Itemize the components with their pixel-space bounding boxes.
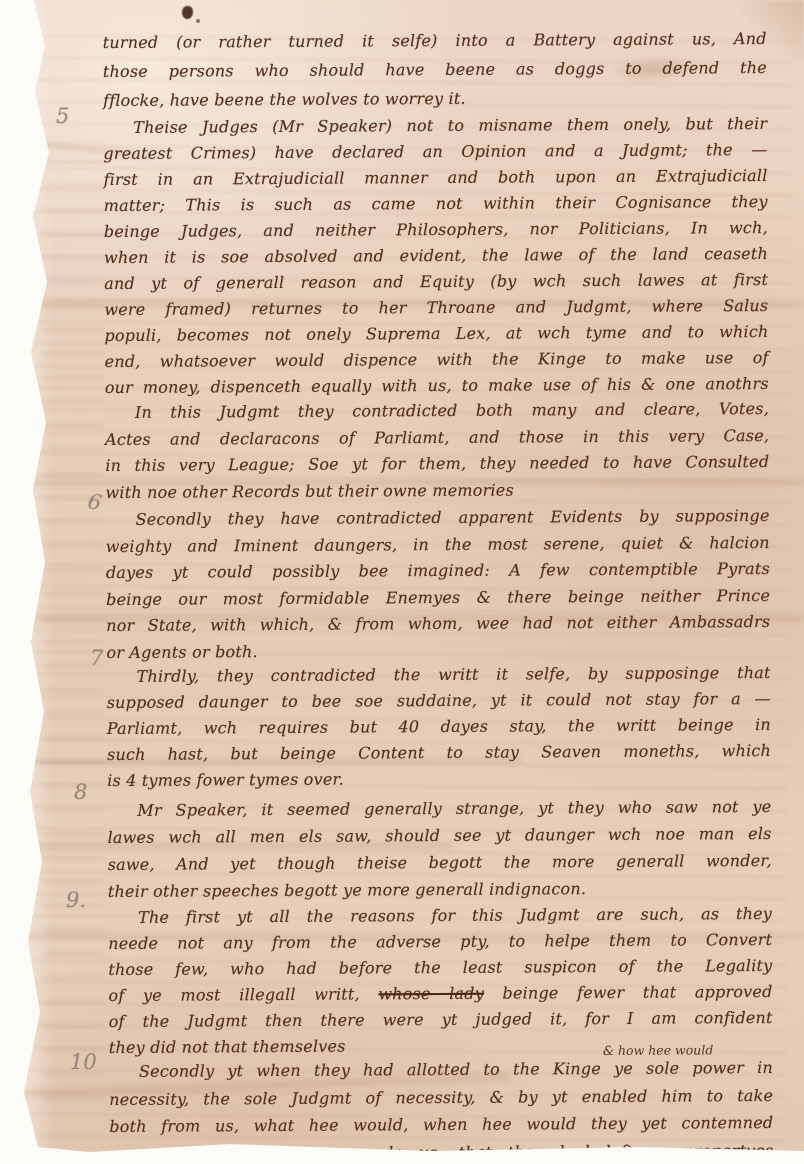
manuscript-line: both from us, what hee would, when hee w… [109,1109,773,1141]
paragraph-continuation: turned (or rather turned it selfe) into … [103,24,768,115]
paragraph-judgment: In this Judgmt they contradicted both ma… [105,396,770,506]
manuscript-line: those few, who had before the least susp… [108,953,772,983]
manuscript-line: and yt of generall reason and Equity (by… [104,267,768,297]
manuscript-line: fflocke, have beene the wolves to worrey… [103,82,767,115]
manuscript-line: Secondly they have contradicted apparent… [106,503,770,534]
manuscript-line: populi, becomes not onely Suprema Lex, a… [104,319,768,349]
margin-bleed-through [42,150,104,1100]
manuscript-line: Mr Speaker, it seemed generally strange,… [107,793,771,824]
manuscript-scan: 5 6 7 8 9. 10 turned (or rather turned i… [0,0,804,1164]
manuscript-line: matter; This is such as came not within … [104,189,768,219]
manuscript-line: first in an Extrajudiciall manner and bo… [103,163,767,193]
manuscript-line: of the Judgmt then there were yt judged … [109,1005,773,1035]
manuscript-line: neede not any from the adverse pty, to h… [108,927,772,957]
manuscript-line: with noe other Records but their owne me… [105,475,769,506]
manuscript-line: those persons who should have beene as d… [103,53,767,86]
manuscript-line: nor State, with which, & from whom, wee … [106,609,770,640]
manuscript-line: sawe, And yet though theise begott the m… [108,847,772,878]
manuscript-line: lawes wch all men els saw, should see yt… [107,820,771,851]
manuscript-line: their other speeches begott ye more gene… [108,874,772,905]
margin-number-10: 10 [70,1050,97,1074]
paper-sheet: 5 6 7 8 9. 10 turned (or rather turned i… [0,0,804,1164]
interlinear-insertion: & how hee would [603,1042,714,1058]
manuscript-line: Actes and declaracons of Parliamt, and t… [105,422,769,453]
manuscript-line: Theise Judges (Mr Speaker) not to misnam… [103,111,767,141]
manuscript-line: The first yt all the reasons for this Ju… [108,901,772,931]
line-segment: of ye most illegall writt, [108,984,378,1005]
manuscript-line: Secondly yt when they had allotted to th… [109,1054,773,1086]
paragraph-7: Thirdly, they contradicted the writt it … [106,660,771,794]
manuscript-line: Thirdly, they contradicted the writt it … [106,660,770,690]
margin-number-9: 9. [66,888,86,912]
manuscript-line: were framed) returnes to her Throane and… [104,293,768,323]
margin-number-7: 7 [90,646,103,670]
manuscript-line: beinge Judges, and neither Philosophers,… [104,215,768,245]
manuscript-line: Parliamt, wch requires but 40 dayes stay… [107,712,771,742]
paragraph-9: The first yt all the reasons for this Ju… [108,901,773,1061]
manuscript-line: end, whatsoever would dispence with the … [105,345,769,375]
paragraph-5: Theise Judges (Mr Speaker) not to misnam… [103,111,769,401]
manuscript-line: turned (or rather turned it selfe) into … [103,24,767,57]
paragraph-8: Mr Speaker, it seemed generally strange,… [107,793,772,905]
manuscript-line: In this Judgmt they contradicted both ma… [105,396,769,427]
margin-number-5: 5 [56,104,69,128]
manuscript-line: greatest Crimes) have declared an Opinio… [103,137,767,167]
manuscript-line-with-deletion: of ye most illegall writt, whose lady be… [108,979,772,1009]
manuscript-line: beinge our most formidable Enemyes & the… [106,582,770,613]
manuscript-line: dayes yt could possibly bee imagined: A … [106,556,770,587]
manuscript-line: us enough to offer to pswade us, that th… [109,1136,773,1164]
manuscript-line: such hast, but beinge Content to stay Se… [107,738,771,768]
line-segment: beinge fewer that approved [484,982,773,1003]
manuscript-line: necessity, the sole Judgmt of necessity,… [109,1081,773,1113]
manuscript-line: in this very League; Soe yt for them, th… [105,449,769,480]
paragraph-10: Secondly yt when they had allotted to th… [109,1054,774,1164]
handwritten-text-block: turned (or rather turned it selfe) into … [102,0,773,1164]
manuscript-line: supposed daunger to bee soe suddaine, yt… [107,686,771,716]
paragraph-6: Secondly they have contradicted apparent… [106,503,771,666]
manuscript-line: is 4 tymes fower tymes over. [107,764,771,794]
margin-number-8: 8 [74,780,87,804]
struck-through-words: whose lady [378,984,484,1004]
manuscript-line: when it is soe absolved and evident, the… [104,241,768,271]
manuscript-line: weighty and Iminent daungers, in the mos… [106,529,770,560]
